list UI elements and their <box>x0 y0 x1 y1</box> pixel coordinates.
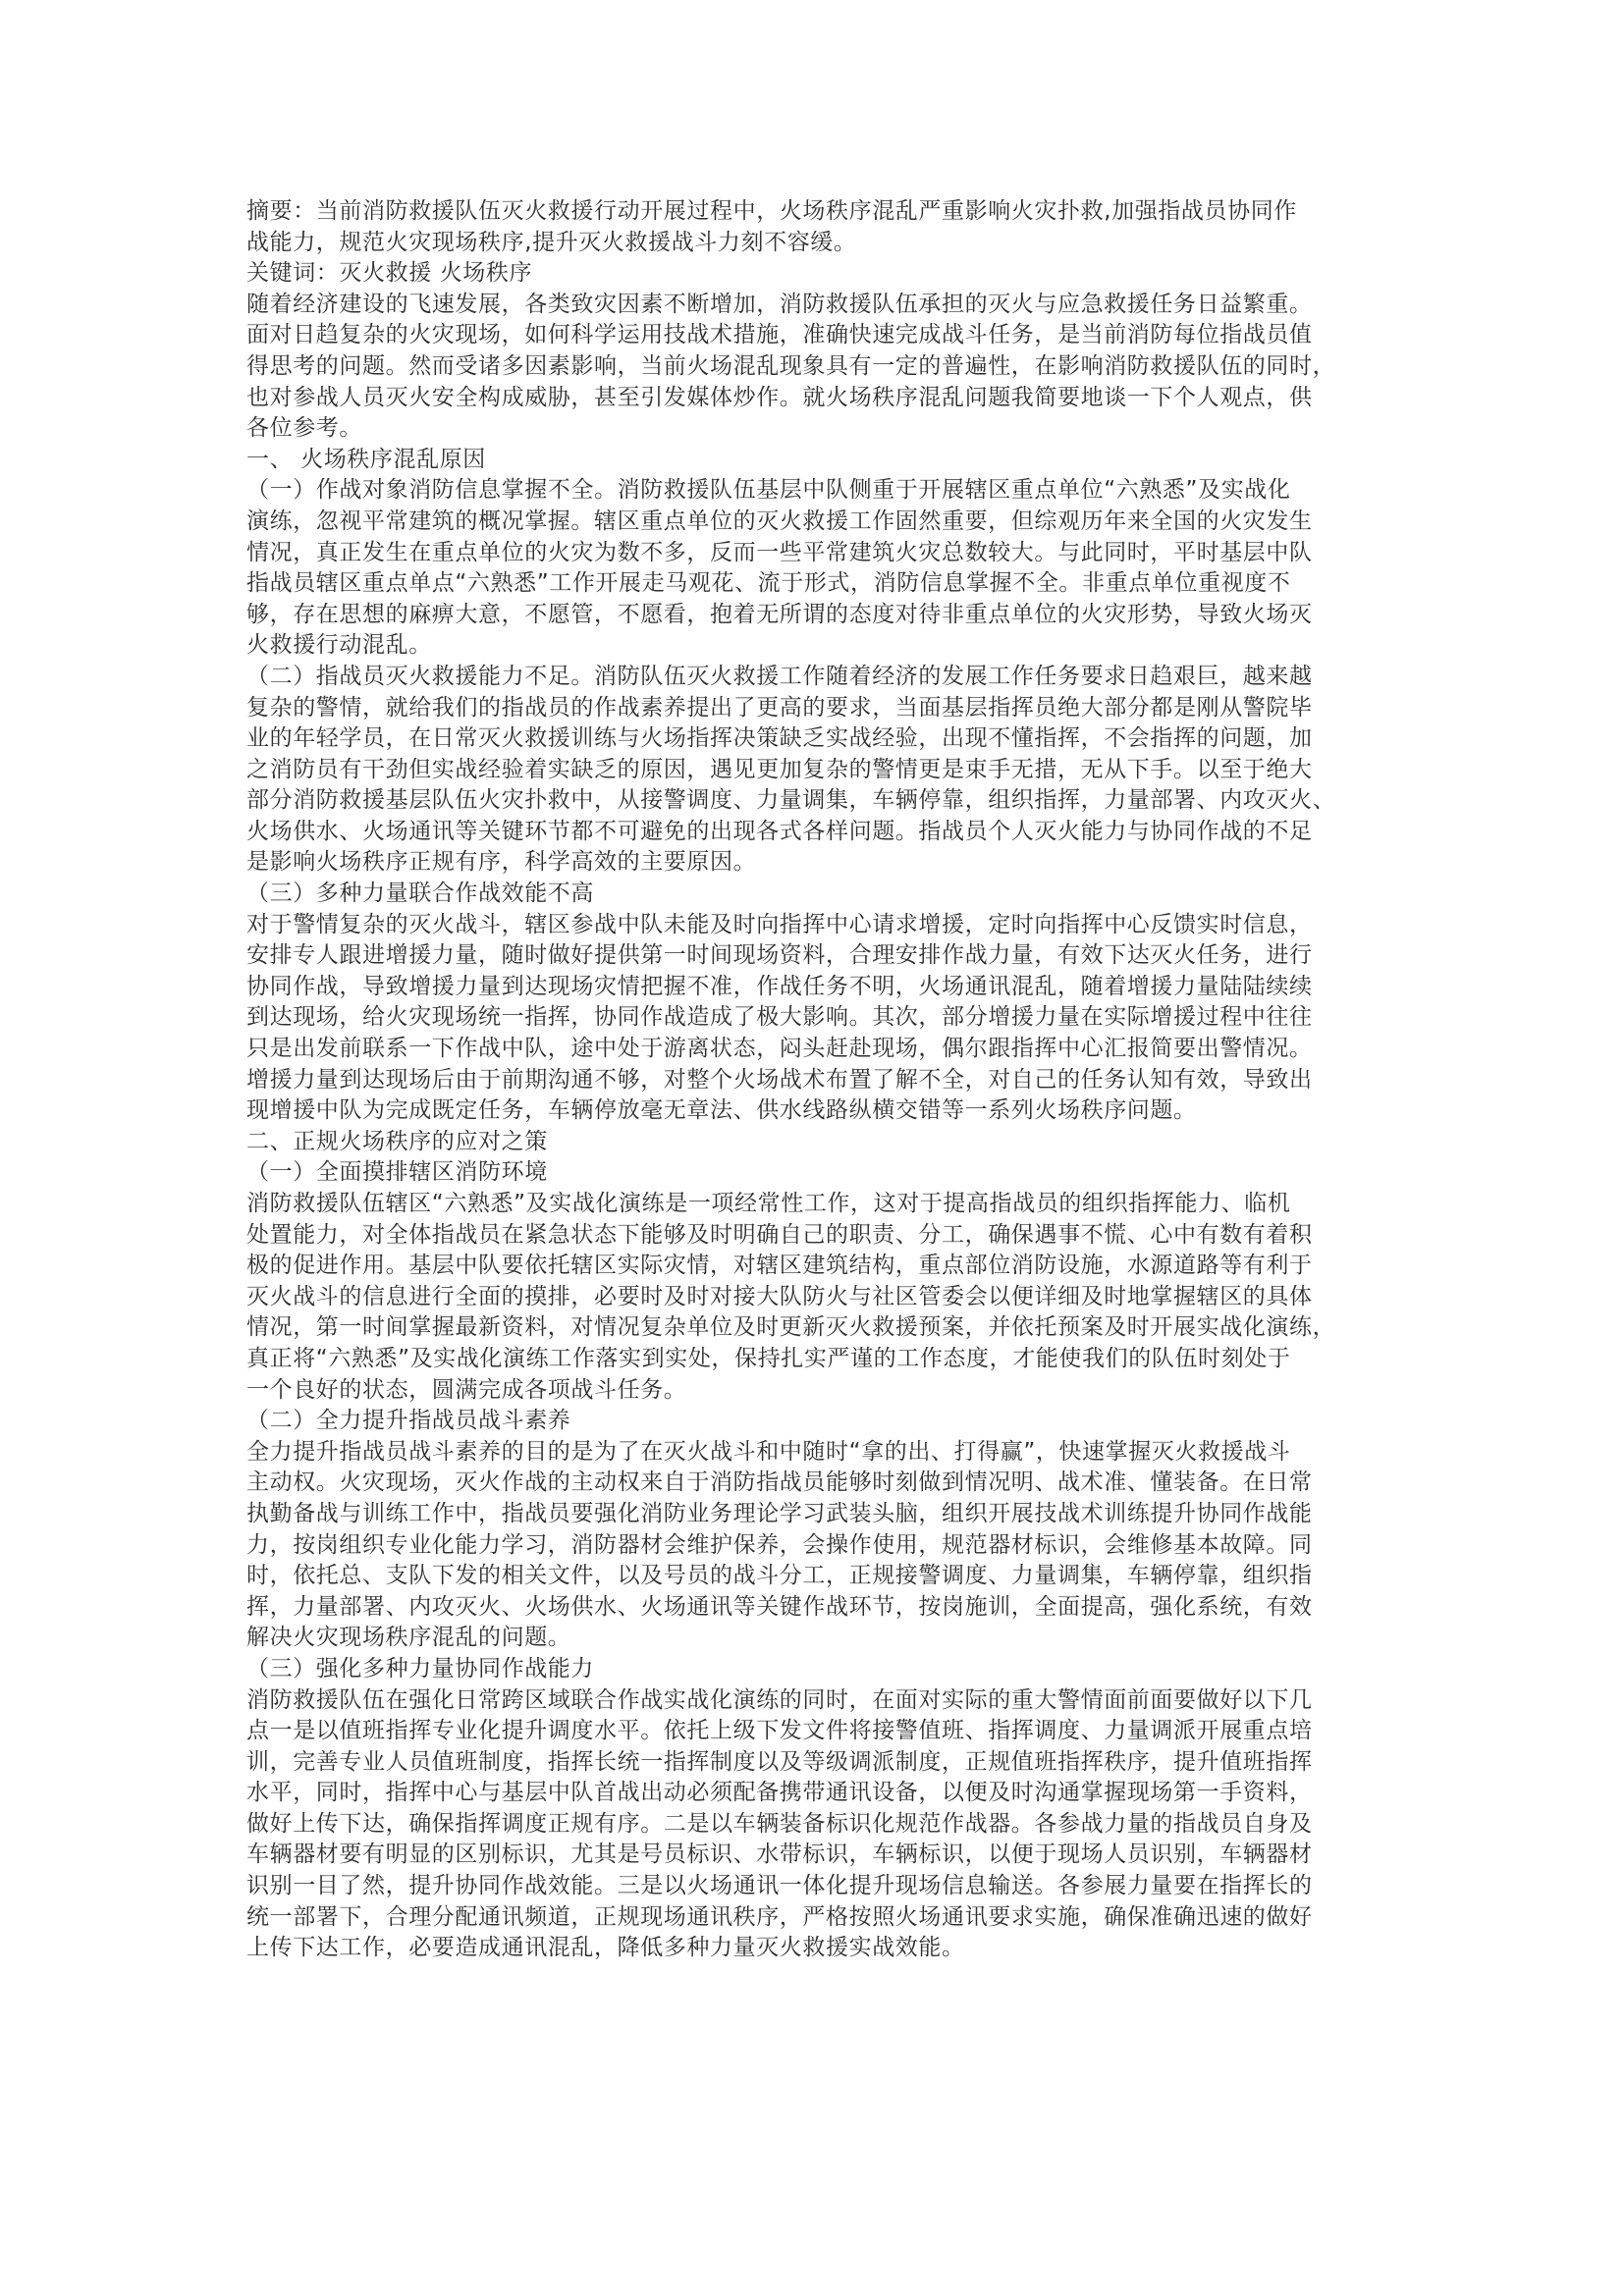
body-line: 指战员辖区重点单点“六熟悉”工作开展走马观花、流于形式，消防信息掌握不全。非重点… <box>246 568 1385 600</box>
body-line: 火场供水、火场通讯等关键环节都不可避免的出现各式各样问题。指战员个人灭火能力与协… <box>246 817 1385 848</box>
body-line: 统一部署下，合理分配通讯频道，正规现场通讯秩序，严格按照火场通讯要求实施，确保准… <box>246 1902 1385 1934</box>
body-line: 真正将“六熟悉”及实战化演练工作落实到实处，保持扎实严谨的工作态度，才能使我们的… <box>246 1344 1385 1375</box>
body-line: 力，按岗组织专业化能力学习，消防器材会维护保养，会操作使用，规范器材标识，会维修… <box>246 1530 1385 1562</box>
body-line: 只是出发前联系一下作战中队，途中处于游离状态，闷头赶赴现场，偶尔跟指挥中心汇报简… <box>246 1034 1385 1065</box>
body-line: 识别一目了然，提升协同作战效能。三是以火场通讯一体化提升现场信息输送。各参展力量… <box>246 1871 1385 1902</box>
body-line: 时，依托总、支队下发的相关文件，以及号员的战斗分工，正规接警调度、力量调集，车辆… <box>246 1561 1385 1592</box>
body-line: 训，完善专业人员值班制度，指挥长统一指挥制度以及等级调派制度，正规值班指挥秩序，… <box>246 1747 1385 1779</box>
body-line: 上传下达工作，必要造成通讯混乱，降低多种力量灭火救援实战效能。 <box>246 1933 1385 1964</box>
body-line: 消防救援队伍在强化日常跨区域联合作战实战化演练的同时，在面对实际的重大警情面前面… <box>246 1685 1385 1717</box>
body-line: 现增援中队为完成既定任务，车辆停放毫无章法、供水线路纵横交错等一系列火场秩序问题… <box>246 1095 1385 1127</box>
subsection-heading: （二）全力提升指战员战斗素养 <box>246 1406 1385 1437</box>
body-line: 协同作战，导致增援力量到达现场灾情把握不准，作战任务不明，火场通讯混乱，随着增援… <box>246 972 1385 1003</box>
body-line: 增援力量到达现场后由于前期沟通不够，对整个火场战术布置了解不全，对自己的任务认知… <box>246 1065 1385 1096</box>
body-line: 车辆器材要有明显的区别标识，尤其是号员标识、水带标识，车辆标识，以便于现场人员识… <box>246 1840 1385 1871</box>
body-line: 主动权。火灾现场，灭火作战的主动权来自于消防指战员能够时刻做到情况明、战术准、懂… <box>246 1468 1385 1499</box>
body-line: 复杂的警情，就给我们的指战员的作战素养提出了更高的要求，当面基层指挥员绝大部分都… <box>246 693 1385 724</box>
body-line: 业的年轻学员，在日常灭火救援训练与火场指挥决策缺乏实战经验，出现不懂指挥，不会指… <box>246 723 1385 755</box>
body-line: 做好上传下达，确保指挥调度正规有序。二是以车辆装备标识化规范作战器。各参战力量的… <box>246 1809 1385 1841</box>
body-line: 演练，忽视平常建筑的概况掌握。辖区重点单位的灭火救援工作固然重要，但综观历年来全… <box>246 507 1385 538</box>
body-line: 是影响火场秩序正规有序，科学高效的主要原因。 <box>246 847 1385 879</box>
body-line: 情况，第一时间掌握最新资料，对情况复杂单位及时更新灭火救援预案，并依托预案及时开… <box>246 1312 1385 1344</box>
body-line: 对于警情复杂的灭火战斗，辖区参战中队未能及时向指挥中心请求增援，定时向指挥中心反… <box>246 910 1385 941</box>
body-line: （二）指战员灭火救援能力不足。消防队伍灭火救援工作随着经济的发展工作任务要求日趋… <box>246 662 1385 693</box>
body-line: 全力提升指战员战斗素养的目的是为了在灭火战斗和中随时“拿的出、打得赢”，快速掌握… <box>246 1437 1385 1468</box>
body-line: 水平，同时，指挥中心与基层中队首战出动必须配备携带通讯设备，以便及时沟通掌握现场… <box>246 1778 1385 1809</box>
body-line: 情况，真正发生在重点单位的火灾为数不多，反而一些平常建筑火灾总数较大。与此同时，… <box>246 538 1385 569</box>
body-line: 执勤备战与训练工作中，指战员要强化消防业务理论学习武装头脑，组织开展技战术训练提… <box>246 1499 1385 1530</box>
body-line: （一）作战对象消防信息掌握不全。消防救援队伍基层中队侧重于开展辖区重点单位“六熟… <box>246 475 1385 507</box>
body-line: 消防救援队伍辖区“六熟悉”及实战化演练是一项经常性工作，这对于提高指战员的组织指… <box>246 1189 1385 1220</box>
subsection-heading: （三）强化多种力量协同作战能力 <box>246 1654 1385 1685</box>
intro-line: 随着经济建设的飞速发展，各类致灾因素不断增加，消防救援队伍承担的灭火与应急救援任… <box>246 290 1385 321</box>
body-line: 安排专人跟进增援力量，随时做好提供第一时间现场资料，合理安排作战力量，有效下达灭… <box>246 940 1385 972</box>
body-line: 到达现场，给火灾现场统一指挥，协同作战造成了极大影响。其次，部分增援力量在实际增… <box>246 1002 1385 1034</box>
body-line: 部分消防救援基层队伍火灾扑救中，从接警调度、力量调集，车辆停靠，组织指挥，力量部… <box>246 785 1385 817</box>
body-line: 火救援行动混乱。 <box>246 630 1385 662</box>
intro-line: 得思考的问题。然而受诸多因素影响，当前火场混乱现象具有一定的普遍性，在影响消防救… <box>246 351 1385 383</box>
body-line: 解决火灾现场秩序混乱的问题。 <box>246 1623 1385 1654</box>
body-line: 挥，力量部署、内攻灭火、火场供水、火场通讯等关键作战环节，按岗施训，全面提高，强… <box>246 1592 1385 1624</box>
intro-line: 各位参考。 <box>246 413 1385 445</box>
section-heading-2: 二、正规火场秩序的应对之策 <box>246 1127 1385 1158</box>
body-line: 极的促进作用。基层中队要依托辖区实际灾情，对辖区建筑结构，重点部位消防设施，水源… <box>246 1251 1385 1282</box>
subsection-heading: （一）全面摸排辖区消防环境 <box>246 1157 1385 1189</box>
abstract-line: 战能力，规范火灾现场秩序,提升灭火救援战斗力刻不容缓。 <box>246 228 1385 259</box>
intro-line: 也对参战人员灭火安全构成威胁，甚至引发媒体炒作。就火场秩序混乱问题我简要地谈一下… <box>246 383 1385 414</box>
body-line: 够，存在思想的麻痹大意，不愿管，不愿看，抱着无所谓的态度对待非重点单位的火灾形势… <box>246 600 1385 631</box>
intro-line: 面对日趋复杂的火灾现场，如何科学运用技战术措施，准确快速完成战斗任务，是当前消防… <box>246 320 1385 351</box>
abstract-line: 摘要：当前消防救援队伍灭火救援行动开展过程中，火场秩序混乱严重影响火灾扑救,加强… <box>246 196 1385 228</box>
keywords-line: 关键词：灭火救援 火场秩序 <box>246 258 1385 290</box>
body-line: 之消防员有干劲但实战经验着实缺乏的原因，遇见更加复杂的警情更是束手无措，无从下手… <box>246 755 1385 786</box>
section-heading-1: 一、 火场秩序混乱原因 <box>246 445 1385 476</box>
document-body: 摘要：当前消防救援队伍灭火救援行动开展过程中，火场秩序混乱严重影响火灾扑救,加强… <box>246 196 1385 1964</box>
body-line: 灭火战斗的信息进行全面的摸排，必要时及时对接大队防火与社区管委会以便详细及时地掌… <box>246 1282 1385 1313</box>
body-line: 处置能力，对全体指战员在紧急状态下能够及时明确自己的职责、分工，确保遇事不慌、心… <box>246 1220 1385 1252</box>
body-line: 点一是以值班指挥专业化提升调度水平。依托上级下发文件将接警值班、指挥调度、力量调… <box>246 1716 1385 1747</box>
subsection-heading: （三）多种力量联合作战效能不高 <box>246 879 1385 910</box>
body-line: 一个良好的状态，圆满完成各项战斗任务。 <box>246 1375 1385 1407</box>
